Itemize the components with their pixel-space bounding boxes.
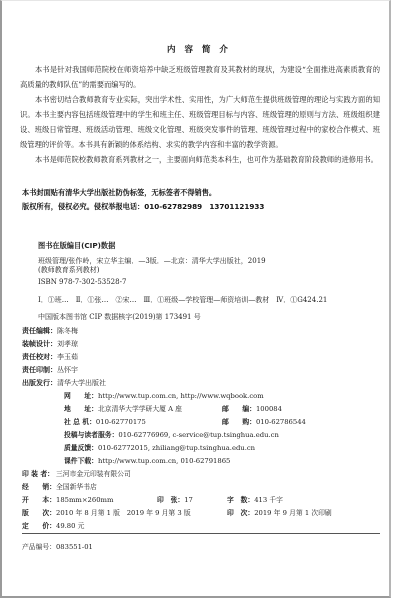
copyright-page: 内 容 简 介 本书是针对我国师范院校在师资培养中缺乏班级管理教育及其教材的现状… xyxy=(0,0,391,598)
publisher-mail-order: 邮 购：010-62786544 xyxy=(222,416,306,426)
printer-value: 三河市金元印装有限公司 xyxy=(56,470,131,478)
spec-printer: 印 装 者：三河市金元印装有限公司 xyxy=(22,468,131,481)
cip-series: (教师教育系列教材) xyxy=(38,264,99,276)
spec-sheets: 印 张：17 xyxy=(157,494,193,504)
summary-paragraph-1: 本书是针对我国师范院校在师资培养中缺乏班级管理教育及其教材的现状，为建设“全面推… xyxy=(20,62,380,92)
credit-proofreader: 责任校对：李玉茹 xyxy=(22,351,78,364)
format-label: 开 本： xyxy=(22,494,56,507)
credit-label: 装帧设计： xyxy=(22,340,57,348)
product-code-value: 083551-01 xyxy=(56,543,93,551)
address-label: 地 址： xyxy=(64,405,98,413)
product-code-label: 产品编号： xyxy=(22,543,56,551)
reader-service-value: 010-62776969, c-service@tup.tsinghua.edu… xyxy=(118,431,279,439)
spec-distributor: 经 销：全国新华书店 xyxy=(22,481,97,494)
edition-value: 2010 年 8 月第 1 版 2019 年 9 月第 3 版 xyxy=(56,509,191,517)
credit-value: 李玉茹 xyxy=(57,353,78,361)
credit-printing-manager: 责任印制：丛怀宇 xyxy=(22,364,78,377)
publisher-reader-service: 投稿与读者服务：010-62776969, c-service@tup.tsin… xyxy=(64,429,279,442)
sheets-label: 印 张： xyxy=(157,496,184,504)
credit-label: 责任校对： xyxy=(22,353,57,361)
mail-order-value: 010-62786544 xyxy=(256,418,306,426)
credit-value: 刘孝琼 xyxy=(57,340,78,348)
spec-printing: 印 次：2019 年 9 月第 1 次印刷 xyxy=(227,507,332,517)
postcode-label: 邮 编： xyxy=(222,405,256,413)
printer-label: 印 装 者： xyxy=(22,468,56,481)
courseware-label: 课件下载： xyxy=(64,457,98,465)
cip-classification: Ⅰ．①班… Ⅱ．①张… ②宋… Ⅲ．①班级—学校管理—师资培训—教材 Ⅳ．①G4… xyxy=(38,292,327,308)
anti-counterfeit-notice: 本书封面贴有清华大学出版社防伪标签，无标签者不得销售。 xyxy=(22,186,216,199)
product-code: 产品编号：083551-01 xyxy=(22,541,93,551)
publisher-postcode: 邮 编：100084 xyxy=(222,403,282,413)
spec-edition: 版 次：2010 年 8 月第 1 版 2019 年 9 月第 3 版 xyxy=(22,507,191,520)
mail-order-label: 邮 购： xyxy=(222,418,256,426)
words-label: 字 数： xyxy=(227,496,254,504)
publisher-courseware: 课件下载：http://www.tup.com.cn, 010-62791865 xyxy=(64,455,230,468)
spec-format: 开 本：185mm×260mm xyxy=(22,494,113,507)
distributor-label: 经 销： xyxy=(22,481,56,494)
reader-service-label: 投稿与读者服务： xyxy=(64,431,118,439)
credit-designer: 装帧设计：刘孝琼 xyxy=(22,338,78,351)
credit-editor: 责任编辑：陈冬梅 xyxy=(22,325,78,338)
price-label: 定 价： xyxy=(22,520,56,533)
format-value: 185mm×260mm xyxy=(56,496,113,504)
page-title: 内 容 简 介 xyxy=(2,43,394,55)
switchboard-label: 社 总 机： xyxy=(64,418,96,426)
cip-heading: 图书在版编目(CIP)数据 xyxy=(38,238,115,254)
price-value: 49.80 元 xyxy=(56,522,84,530)
publisher-website: 网 址：http://www.tup.com.cn, http://www.wq… xyxy=(64,390,264,403)
credit-label: 责任印制： xyxy=(22,366,57,374)
credit-publisher: 出版发行：清华大学出版社 xyxy=(22,377,106,390)
credit-label: 责任编辑： xyxy=(22,327,57,335)
sheets-value: 17 xyxy=(184,496,193,504)
spec-words: 字 数：413 千字 xyxy=(227,494,283,504)
quality-value: 010-62772015, zhiliang@tup.tsinghua.edu.… xyxy=(98,444,255,452)
words-value: 413 千字 xyxy=(254,496,283,504)
summary-paragraph-3: 本书是师范院校教师教育系列教材之一，主要面向师范类本科生，也可作为基础教育阶段教… xyxy=(20,152,380,167)
address-value: 北京清华大学学研大厦 A 座 xyxy=(98,405,182,413)
website-value: http://www.tup.com.cn, http://www.wqbook… xyxy=(98,392,264,400)
summary-paragraph-2: 本书密切结合教师教育专业实际，突出学术性、实用性，为广大师范生提供班级管理的理论… xyxy=(20,92,380,152)
credit-value: 清华大学出版社 xyxy=(57,379,106,387)
quality-label: 质量反馈： xyxy=(64,444,98,452)
copyright-notice: 版权所有，侵权必究。侵权举报电话：010-62782989 1370112193… xyxy=(22,200,264,213)
credit-value: 丛怀宇 xyxy=(57,366,78,374)
publisher-quality-feedback: 质量反馈：010-62772015, zhiliang@tup.tsinghua… xyxy=(64,442,255,455)
cip-isbn: ISBN 978-7-302-53528-7 xyxy=(38,276,126,288)
credit-value: 陈冬梅 xyxy=(57,327,78,335)
spec-price: 定 价：49.80 元 xyxy=(22,520,84,533)
publisher-address: 地 址：北京清华大学学研大厦 A 座 xyxy=(64,403,182,416)
printing-value: 2019 年 9 月第 1 次印刷 xyxy=(254,509,332,517)
publisher-switchboard: 社 总 机：010-62770175 xyxy=(64,416,146,429)
printing-label: 印 次： xyxy=(227,509,254,517)
divider-rule xyxy=(22,533,380,534)
cip-library-record: 中国版本图书馆 CIP 数据核字(2019)第 173491 号 xyxy=(38,309,201,325)
postcode-value: 100084 xyxy=(256,405,282,413)
website-label: 网 址： xyxy=(64,392,98,400)
distributor-value: 全国新华书店 xyxy=(56,483,97,491)
edition-label: 版 次： xyxy=(22,507,56,520)
switchboard-value: 010-62770175 xyxy=(96,418,146,426)
courseware-value: http://www.tup.com.cn, 010-62791865 xyxy=(98,457,230,465)
credit-label: 出版发行： xyxy=(22,379,57,387)
